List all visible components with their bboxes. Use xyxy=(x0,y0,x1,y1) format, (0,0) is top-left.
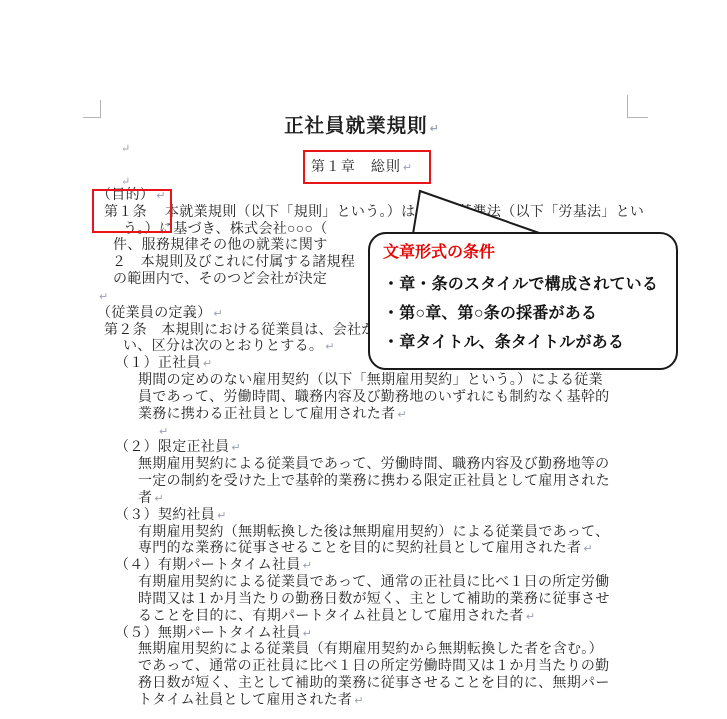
doc-line: 時間又は１か月当たりの勤務日数が短く、主として補助的業務に従事させ xyxy=(97,592,657,609)
document-title: 正社員就業規則 xyxy=(284,116,428,137)
purpose-highlight-box xyxy=(92,189,172,233)
paragraph-mark: ↵ xyxy=(428,122,440,135)
document-title-row: 正社員就業規則↵ xyxy=(97,110,627,138)
doc-line: （５）無期パートタイム社員↵ xyxy=(97,626,657,643)
paragraph-mark: ↵ xyxy=(581,542,593,555)
paragraph-mark: ↵ xyxy=(524,610,536,623)
doc-line: 有期雇用契約による従業員であって、通常の正社員に比べ１日の所定労働 xyxy=(97,575,657,592)
doc-line: （３）契約社員↵ xyxy=(97,508,657,525)
crop-mark-top-right-horizontal xyxy=(627,117,648,118)
doc-line: トタイム社員として雇用された者↵ xyxy=(97,693,657,710)
doc-line: 務日数が短く、主として補助的業務に従事させることを目的に、無期パー xyxy=(97,676,657,693)
paragraph-mark: ↵ xyxy=(152,492,164,505)
doc-line: 者↵ xyxy=(97,491,657,508)
doc-line: （２）限定正社員↵ xyxy=(97,440,657,457)
callout-bullet-list: ・章・条のスタイルで構成されている・第○章、第○条の採番がある・章タイトル、条タ… xyxy=(383,270,666,357)
crop-mark-top-right-vertical xyxy=(627,95,628,118)
doc-line: 第１条 本就業規則（以下「規則」という。）は、労働基準法（以下「労基法」とい xyxy=(97,205,657,222)
doc-line: 無期雇用契約による従業員であって、労働時間、職務内容及び勤務地等の xyxy=(97,457,657,474)
paragraph-mark: ↵ xyxy=(352,694,364,707)
paragraph-mark: ↵ xyxy=(229,441,241,454)
paragraph-mark: ↵ xyxy=(215,509,227,522)
callout-bullet: ・章タイトル、条タイトルがある xyxy=(383,328,666,357)
doc-line: ることを目的に、有期パートタイム社員として雇用された者↵ xyxy=(97,609,657,626)
chapter-highlight-box xyxy=(303,150,431,184)
doc-line: 有期雇用契約（無期転換した後は無期雇用契約）による従業員であって、 xyxy=(97,525,657,542)
paragraph-mark: ↵ xyxy=(323,340,335,353)
paragraph-mark: ↵ xyxy=(395,408,407,421)
paragraph-mark: ↵ xyxy=(121,142,130,155)
callout-bullet: ・章・条のスタイルで構成されている xyxy=(383,270,666,299)
doc-line: 一定の制約を受けた上で基幹的業務に携わる限定正社員として雇用された xyxy=(97,474,657,491)
doc-line: ↵ xyxy=(97,424,657,441)
doc-line: （目的）↵ xyxy=(97,188,657,205)
doc-line: 期間の定めのない雇用契約（以下「無期雇用契約」という。）による従業 xyxy=(97,373,657,390)
doc-line: であって、通常の正社員に比べ１日の所定労働時間又は１か月当たりの勤 xyxy=(97,659,657,676)
paragraph-mark: ↵ xyxy=(301,627,313,640)
paragraph-mark: ↵ xyxy=(301,559,313,572)
doc-line: 員であって、労働時間、職務内容及び勤務地のいずれにも制約なく基幹的 xyxy=(97,390,657,407)
callout-tail xyxy=(403,184,548,236)
paragraph-mark: ↵ xyxy=(157,425,169,438)
paragraph-mark: ↵ xyxy=(211,307,223,320)
paragraph-mark: ↵ xyxy=(201,357,213,370)
doc-line: 専門的な業務に従事させることを目的に契約社員として雇用された者↵ xyxy=(97,541,657,558)
callout-bullet: ・第○章、第○条の採番がある xyxy=(383,299,666,328)
document-page[interactable]: 正社員就業規則↵ ↵ ↵ 第１章 総則↵ （目的）↵第１条 本就業規則（以下「規… xyxy=(0,0,727,719)
doc-line: 業務に携わる正社員として雇用された者↵ xyxy=(97,407,657,424)
callout-heading: 文章形式の条件 xyxy=(383,242,666,264)
paragraph-mark: ↵ xyxy=(121,175,130,188)
doc-line: 無期雇用契約による従業員（有期雇用契約から無期転換した者を含む。） xyxy=(97,642,657,659)
paragraph-mark: ↵ xyxy=(97,290,109,303)
doc-line: （４）有期パートタイム社員↵ xyxy=(97,558,657,575)
callout-bubble: 文章形式の条件 ・章・条のスタイルで構成されている・第○章、第○条の採番がある・… xyxy=(368,232,678,370)
